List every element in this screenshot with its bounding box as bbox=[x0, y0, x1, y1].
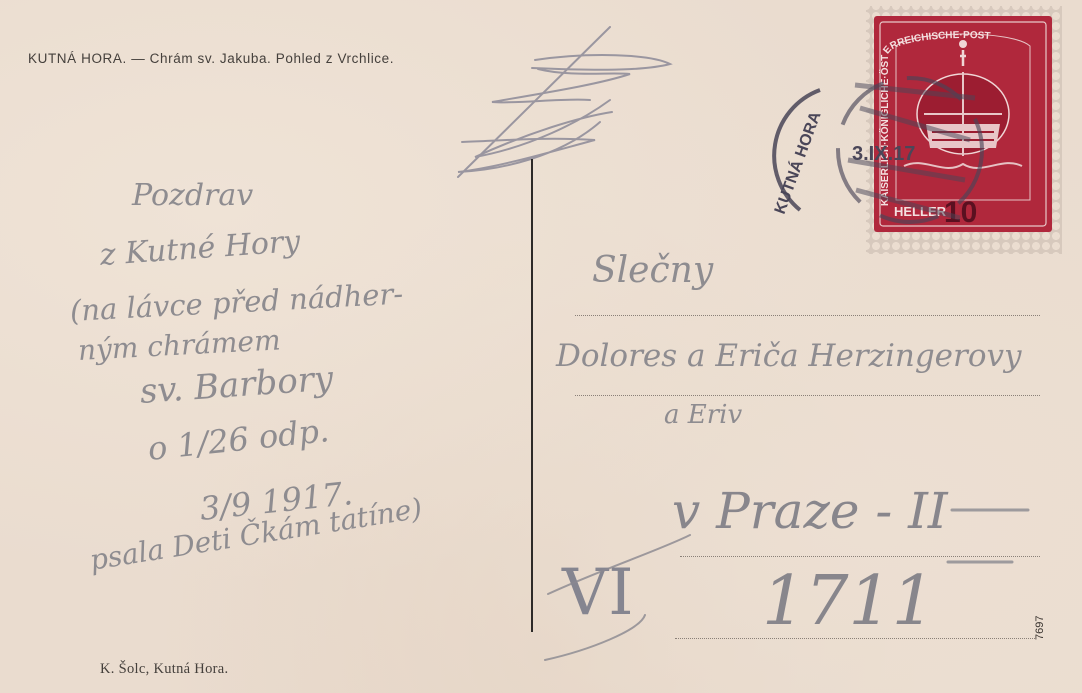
publisher-credit: K. Šolc, Kutná Hora. bbox=[100, 661, 228, 678]
svg-text:KUTNÁ HORA: KUTNÁ HORA bbox=[770, 108, 825, 216]
address-recipients-extra: a Eriv bbox=[664, 400, 742, 430]
pencil-scribble bbox=[440, 22, 680, 192]
message-line: sv. Barbory bbox=[139, 359, 335, 412]
address-line bbox=[680, 556, 1040, 557]
message-line: (na lávce před nádher- bbox=[69, 277, 404, 328]
address-street-number: 1711 bbox=[762, 562, 935, 641]
address-salutation: Slečny bbox=[592, 250, 713, 291]
address-line bbox=[575, 395, 1040, 396]
address-divider-line bbox=[531, 159, 533, 632]
address-district-mark: VI bbox=[562, 556, 634, 630]
postmark-cancel: 3.IX.17 KUTNÁ HORA bbox=[760, 20, 1020, 280]
serial-number: 7697 bbox=[1034, 616, 1046, 640]
address-city: v Praze - II bbox=[672, 482, 948, 540]
postcard-caption: KUTNÁ HORA. — Chrám sv. Jakuba. Pohled z… bbox=[28, 51, 394, 66]
address-recipients: Dolores a Eriča Herzingerovy bbox=[556, 338, 1022, 374]
message-line: Pozdrav bbox=[132, 178, 253, 213]
svg-text:3.IX.17: 3.IX.17 bbox=[852, 143, 915, 165]
postcard-back: KUTNÁ HORA. — Chrám sv. Jakuba. Pohled z… bbox=[0, 0, 1082, 693]
message-line: o 1/26 odp. bbox=[146, 411, 331, 468]
message-line: z Kutné Hory bbox=[99, 224, 302, 273]
address-line bbox=[575, 315, 1040, 316]
message-line: ným chrámem bbox=[77, 323, 281, 367]
